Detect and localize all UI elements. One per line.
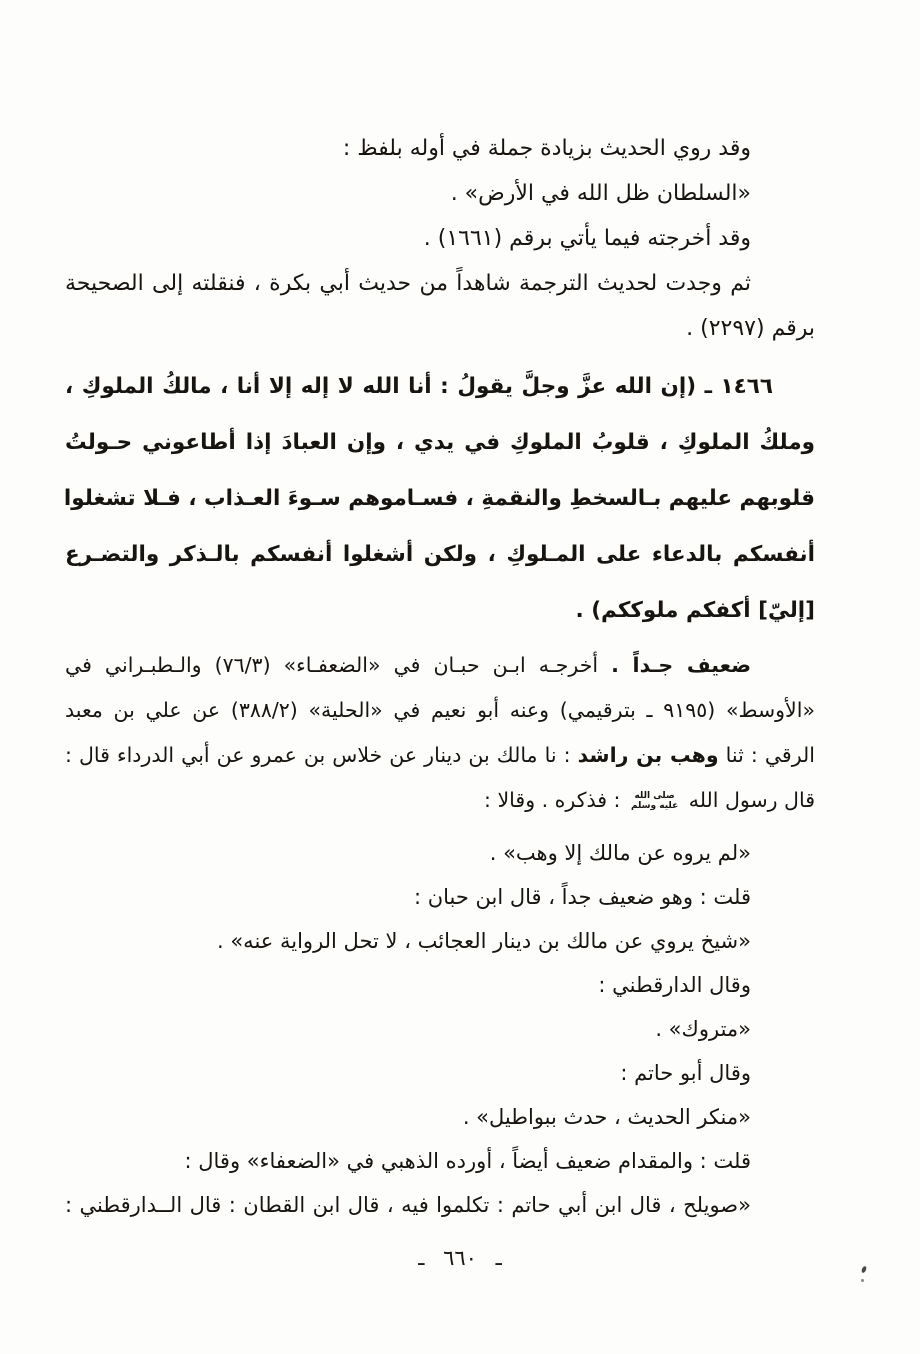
hadith-line-2: وملكُ الملوكِ ، قلوبُ الملوكِ في يدي ، و…	[65, 415, 815, 471]
quote-line: «شيخ يروي عن مالك بن دينار العجائب ، لا …	[65, 919, 815, 963]
intro-section: وقد روي الحديث بزيادة جملة في أوله بلفظ …	[65, 126, 815, 351]
comment-line: قلت : والمقدام ضعيف أيضاً ، أورده الذهبي…	[65, 1139, 815, 1183]
hadith-line-4: أنفسكم بالدعاء على المـلوكِ ، ولكن أشغلو…	[65, 527, 815, 583]
intro-line-2: وقد أخرجته فيما يأتي برقم (١٦٦١) .	[65, 216, 815, 261]
quote-line: «منكر الحديث ، حدث ببواطيل» .	[65, 1095, 815, 1139]
takhrij-section: ضعيف جـداً . أخرجـه ابـن حبـان في «الضعف…	[65, 643, 815, 823]
honorific-bottom: عليه وسلم	[631, 801, 678, 811]
quote-line: «متروك» .	[65, 1007, 815, 1051]
ink-speck	[861, 1279, 864, 1282]
text-run: : فذكره . وقالا :	[484, 788, 627, 812]
hadith-line-5: [إليّ] أكفكم ملوككم) .	[65, 583, 815, 639]
quote-line: «صويلح ، قال ابن أبي حاتم : تكلموا فيه ،…	[65, 1183, 815, 1227]
takhrij-line-1: ضعيف جـداً . أخرجـه ابـن حبـان في «الضعف…	[65, 643, 815, 688]
comment-line: وقال أبو حاتم :	[65, 1051, 815, 1095]
intro-line-1: وقد روي الحديث بزيادة جملة في أوله بلفظ …	[65, 126, 815, 171]
hadith-line-3: قلوبهم عليهم بـالسخطِ والنقمةِ ، فسـاموه…	[65, 471, 815, 527]
text-run: الرقي : ثنا	[719, 743, 815, 767]
text-run: قال رسول الله	[682, 788, 815, 812]
comment-line: قلت : وهو ضعيف جداً ، قال ابن حبان :	[65, 875, 815, 919]
book-page: وقد روي الحديث بزيادة جملة في أوله بلفظ …	[0, 0, 920, 1354]
text-run: : نا مالك بن دينار عن خلاس بن عمرو عن أب…	[65, 743, 578, 767]
quoted-wording-line: «السلطان ظل الله في الأرض» .	[65, 171, 815, 216]
hadith-text-section: ١٤٦٦ ـ (إن الله عزَّ وجلَّ يقولُ : أنا ا…	[65, 359, 815, 639]
honorific-top: صلى الله	[631, 791, 678, 801]
hadith-line-1: ١٤٦٦ ـ (إن الله عزَّ وجلَّ يقولُ : أنا ا…	[65, 359, 815, 415]
takhrij-line-4: قال رسول الله صلى اللهعليه وسلم : فذكره …	[65, 778, 815, 823]
narrator-name-bold: وهب بن راشد	[578, 743, 719, 767]
comment-line: وقال الدارقطني :	[65, 963, 815, 1007]
page-number: ـ ٦٦٠ ـ	[0, 1240, 920, 1276]
text-block: وقد روي الحديث بزيادة جملة في أوله بلفظ …	[65, 126, 815, 1227]
quote-line: «لم يروه عن مالك إلا وهب» .	[65, 831, 815, 875]
takhrij-line-3: الرقي : ثنا وهب بن راشد : نا مالك بن دين…	[65, 733, 815, 778]
salla-allahu-alayhi-wasallam-glyph: صلى اللهعليه وسلم	[631, 791, 678, 811]
intro-line-3: ثم وجدت لحديث الترجمة شاهداً من حديث أبي…	[65, 261, 815, 306]
text-run: أخرجـه ابـن حبـان في «الضعفـاء» (٧٦/٣) و…	[65, 653, 611, 677]
intro-line-4: برقم (٢٢٩٧) .	[65, 306, 815, 351]
takhrij-line-2: «الأوسط» (٩١٩٥ ـ بترقيمي) وعنه أبو نعيم …	[65, 688, 815, 733]
grade-label: ضعيف جـداً .	[611, 653, 751, 677]
criticism-section: «لم يروه عن مالك إلا وهب» . قلت : وهو ضع…	[65, 831, 815, 1227]
